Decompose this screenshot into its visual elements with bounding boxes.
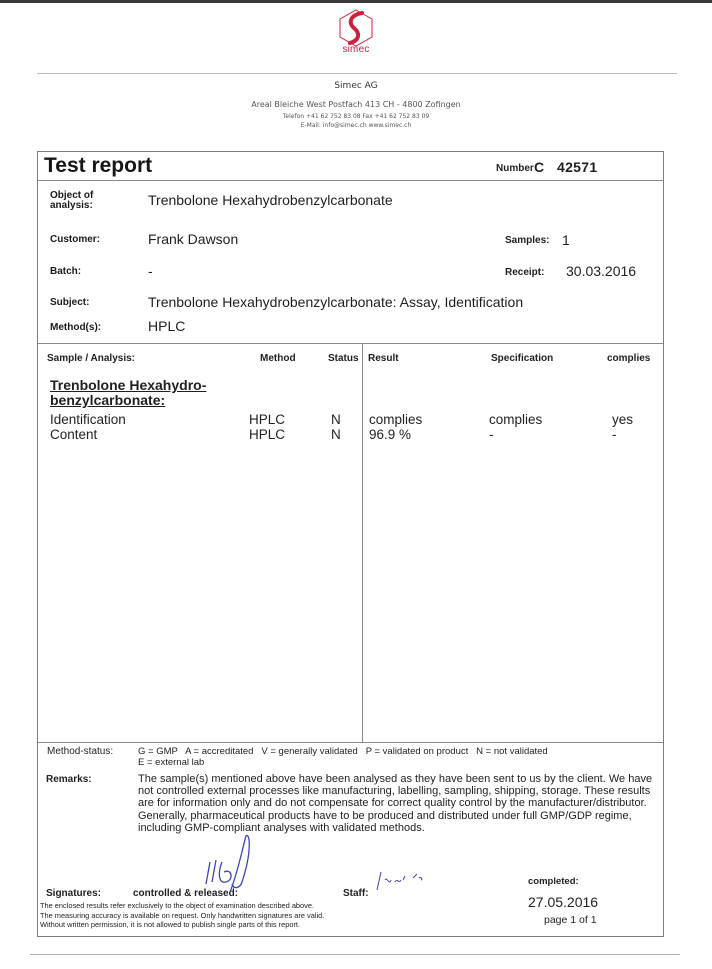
customer-label: Customer: — [50, 235, 100, 245]
disclaimer: The enclosed results refer exclusively t… — [40, 901, 324, 930]
simec-logo: simec — [334, 8, 378, 60]
samples-label: Samples: — [505, 235, 549, 246]
subject-label: Subject: — [50, 298, 89, 308]
row-complies: - — [612, 427, 617, 442]
col-header-result: Result — [368, 353, 399, 364]
methods-label: Method(s): — [50, 323, 101, 333]
sample-name-line2: benzylcarbonate: — [50, 393, 206, 408]
page-indicator: page 1 of 1 — [544, 914, 597, 926]
number-label: Number — [496, 163, 534, 174]
company-name: Simec AG — [0, 81, 712, 91]
result-column-divider — [362, 344, 363, 742]
number-value: 42571 — [557, 159, 597, 175]
number-prefix: C — [534, 159, 544, 175]
footer-rule — [30, 954, 680, 955]
disclaimer-line: Without written permission, it is not al… — [40, 920, 324, 930]
staff-signature-icon — [373, 866, 443, 896]
methods-value: HPLC — [148, 318, 185, 334]
report-title: Test report — [44, 154, 152, 178]
disclaimer-line: The measuring accuracy is available on r… — [40, 911, 324, 921]
subject-value: Trenbolone Hexahydrobenzylcarbonate: Ass… — [148, 294, 523, 310]
sample-name-line1: Trenbolone Hexahydro- — [50, 378, 206, 393]
col-header-status: Status — [328, 353, 359, 364]
logo-text: simec — [334, 44, 378, 55]
col-header-sample: Sample / Analysis: — [47, 353, 135, 364]
report-number: C 42571 — [534, 159, 597, 175]
table-bottom-divider — [38, 742, 663, 743]
method-status-label: Method-status: — [47, 746, 113, 757]
col-header-specification: Specification — [491, 353, 553, 364]
completed-label: completed: — [528, 876, 579, 887]
top-bar — [0, 0, 712, 3]
row-status: N — [331, 427, 341, 442]
object-label: Object of analysis: — [50, 191, 110, 211]
remarks-text: The sample(s) mentioned above have been … — [138, 773, 653, 834]
legend-line2: E = external lab — [138, 757, 658, 768]
row-complies: yes — [612, 412, 633, 427]
row-status: N — [331, 412, 341, 427]
row-analysis: Identification — [50, 412, 126, 427]
staff-label: Staff: — [343, 888, 369, 899]
row-specification: - — [489, 427, 494, 442]
controlled-released-label: controlled & released: — [133, 888, 238, 899]
col-header-complies: complies — [607, 353, 650, 364]
company-phone-fax: Telefon +41 62 752 83 08 Fax +41 62 752 … — [0, 113, 712, 120]
simec-hexagon-s-icon — [334, 8, 378, 48]
fields-divider — [38, 343, 663, 344]
row-result: 96.9 % — [369, 427, 411, 442]
title-divider — [38, 180, 663, 181]
sample-name: Trenbolone Hexahydro- benzylcarbonate: — [50, 378, 206, 408]
receipt-value: 30.03.2016 — [566, 263, 636, 279]
batch-label: Batch: — [50, 267, 81, 277]
object-value: Trenbolone Hexahydrobenzylcarbonate — [148, 192, 393, 208]
company-address: Areal Bleiche West Postfach 413 CH - 480… — [0, 100, 712, 109]
batch-value: - — [148, 263, 153, 279]
header-rule — [37, 73, 677, 74]
company-email-web: E-Mail: info@simec.ch www.simec.ch — [0, 122, 712, 129]
legend-line1: G = GMP A = accreditated V = generally v… — [138, 746, 658, 757]
signatures-label: Signatures: — [46, 888, 101, 899]
col-header-method: Method — [260, 353, 296, 364]
row-method: HPLC — [249, 412, 285, 427]
test-report-box: Test report Number C 42571 Object of ana… — [37, 151, 664, 937]
samples-value: 1 — [562, 232, 570, 248]
row-method: HPLC — [249, 427, 285, 442]
row-result: complies — [369, 412, 422, 427]
row-specification: complies — [489, 412, 542, 427]
remarks-label: Remarks: — [46, 774, 92, 785]
customer-value: Frank Dawson — [148, 231, 238, 247]
receipt-label: Receipt: — [505, 267, 544, 278]
completed-date: 27.05.2016 — [528, 894, 598, 910]
disclaimer-line: The enclosed results refer exclusively t… — [40, 901, 324, 911]
row-analysis: Content — [50, 427, 97, 442]
method-status-legend: G = GMP A = accreditated V = generally v… — [138, 746, 658, 768]
